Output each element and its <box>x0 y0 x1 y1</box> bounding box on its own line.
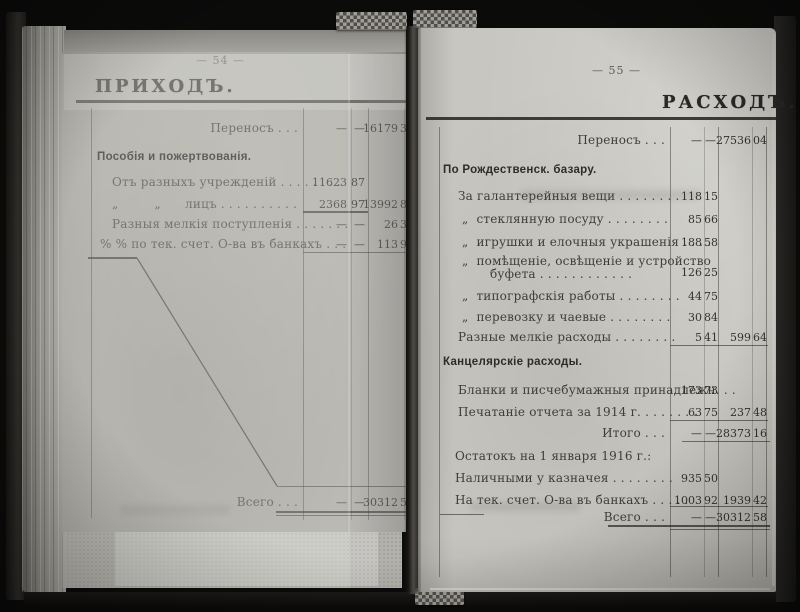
amount-rub: 5 <box>671 331 702 344</box>
column-rule <box>766 127 767 577</box>
amount-rub: 63 <box>671 406 702 419</box>
row-label: Итого . . . <box>480 426 665 440</box>
book-cover-bottom <box>24 592 776 606</box>
amount-rub: — <box>671 427 702 440</box>
amount-rub: 44 <box>671 290 702 303</box>
amount-rub: 237 <box>715 406 751 419</box>
amount-rub: 935 <box>671 472 702 485</box>
amount-kop: 58 <box>704 236 716 249</box>
total-rule <box>608 525 770 527</box>
amount-rub: 27536 <box>715 134 751 147</box>
amount-rub: 30312 <box>715 511 751 524</box>
amount-kop: 04 <box>753 134 765 147</box>
table-rule <box>682 441 770 442</box>
row-label: Печатаніе отчета за 1914 г. . . . . . . … <box>458 405 697 419</box>
tissue-guard-overlay <box>62 54 350 588</box>
page-edge-top-left <box>64 30 406 54</box>
amount-kop: 58 <box>753 511 765 524</box>
column-rule <box>718 127 719 577</box>
page-title: РАСХОДЪ. <box>662 92 798 113</box>
amount-rub: — <box>671 511 702 524</box>
section-header: Канцелярскіе расходы. <box>443 356 582 368</box>
amount-kop: 25 <box>704 266 716 279</box>
amount-rub: — <box>671 134 702 147</box>
amount-kop: 75 <box>704 290 716 303</box>
table-rule <box>670 506 768 507</box>
amount-kop: 66 <box>704 213 716 226</box>
amount-rub: 126 <box>671 266 702 279</box>
amount-rub: 118 <box>671 190 702 203</box>
amount-rub: 188 <box>671 236 702 249</box>
row-label: „ стеклянную посуду . . . . . . . . <box>462 212 668 226</box>
row-label: Остатокъ на 1 января 1916 г.: <box>455 449 651 463</box>
total-rule <box>670 529 770 530</box>
column-rule <box>752 127 753 577</box>
amount-kop: 16 <box>753 427 765 440</box>
section-header: По Рождественск. базару. <box>443 164 597 176</box>
row-label: „ типографскія работы . . . . . . . . <box>462 289 680 303</box>
amount-rub: 85 <box>671 213 702 226</box>
page-gutter <box>404 26 421 594</box>
row-label: За галантерейныя вещи . . . . . . . . <box>458 189 680 203</box>
table-rule <box>670 345 768 346</box>
tissue-light-band <box>64 54 406 110</box>
book-scan: — 54 — ПРИХОДЪ. Переносъ . . . — — 16179… <box>0 0 800 612</box>
tissue-light-band <box>115 532 378 586</box>
headband-right <box>413 10 477 28</box>
closing-dash-rule <box>440 514 484 515</box>
amount-kop: 64 <box>753 331 765 344</box>
amount-kop: 48 <box>753 406 765 419</box>
amount-kop: 73 <box>704 384 716 397</box>
amount-rub: 28373 <box>715 427 751 440</box>
row-label: Наличными у казначея . . . . . . . . <box>455 471 673 485</box>
amount-rub: 173 <box>671 384 702 397</box>
row-label: Переносъ . . . <box>480 133 665 147</box>
row-label: буфета . . . . . . . . . . . . <box>490 267 632 281</box>
row-label: На тек. счет. О-ва въ банкахъ . . . . . <box>455 493 689 507</box>
tissue-light-band <box>348 54 406 532</box>
row-label: Разные мелкіе расходы . . . . . . . . <box>458 330 675 344</box>
headband-left <box>336 12 407 30</box>
amount-kop: 50 <box>704 472 716 485</box>
page-number: — 55 — <box>592 64 641 77</box>
page-edge-stack-left <box>22 26 66 592</box>
table-rule <box>670 420 768 421</box>
amount-kop: 15 <box>704 190 716 203</box>
amount-kop: 84 <box>704 311 716 324</box>
column-rule <box>439 127 440 577</box>
amount-rub: 599 <box>715 331 751 344</box>
header-rule <box>426 117 776 120</box>
row-label: „ перевозку и чаевые . . . . . . . . <box>462 310 670 324</box>
amount-rub: 30 <box>671 311 702 324</box>
page-right-bottom-edge <box>430 588 770 590</box>
row-label: Всего . . . <box>480 510 665 524</box>
